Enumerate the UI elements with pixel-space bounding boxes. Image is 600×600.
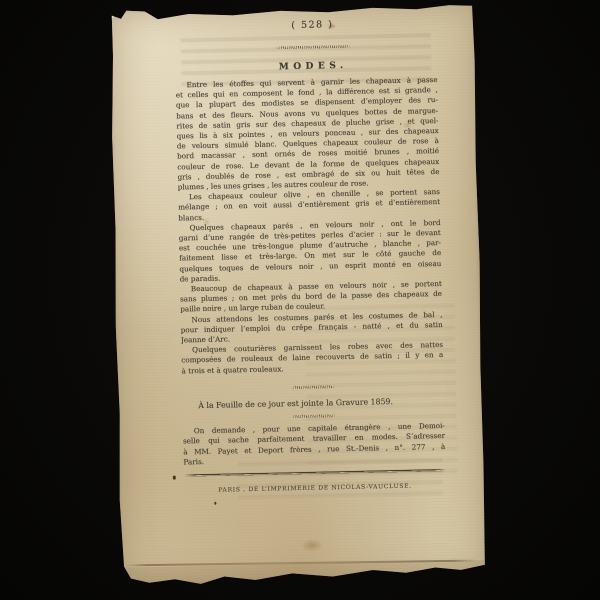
article-body: Entre les étoffes qui servent à garnir l… — [175, 75, 443, 376]
section-title-modes: MODES. — [189, 59, 437, 77]
paragraph: Quelques chapeaux parés , en velours noi… — [178, 218, 441, 285]
squiggle-divider — [292, 414, 336, 418]
corner-fold-crease — [72, 14, 115, 80]
squiggle-divider — [291, 385, 335, 389]
gravure-notice: À la Feuille de ce jour est jointe la Gr… — [182, 396, 444, 411]
paper-sheet: ( 528 ) MODES. Entre les étoffes qui ser… — [108, 2, 487, 587]
page-header: ( 528 ) MODES. — [188, 17, 437, 77]
paper-stain — [301, 539, 323, 552]
photo-backdrop: ( 528 ) MODES. Entre les étoffes qui ser… — [0, 0, 600, 600]
ink-speck — [173, 476, 176, 480]
text-column: ( 528 ) MODES. Entre les étoffes qui ser… — [174, 17, 446, 494]
paragraph: Entre les étoffes qui servent à garnir l… — [175, 75, 439, 193]
paragraph: Quelques couturières garnissent les robe… — [181, 340, 444, 376]
page-number: ( 528 ) — [188, 17, 436, 34]
squiggle-rule-ornament — [275, 45, 351, 50]
footer-rule — [184, 469, 446, 477]
advert-paragraph: On demande , pour une capitale étrangère… — [183, 421, 446, 468]
printer-imprint: PARIS , DE L’IMPRIMERIE DE NICOLAS-VAUCL… — [184, 482, 446, 494]
ink-speck — [214, 502, 216, 505]
